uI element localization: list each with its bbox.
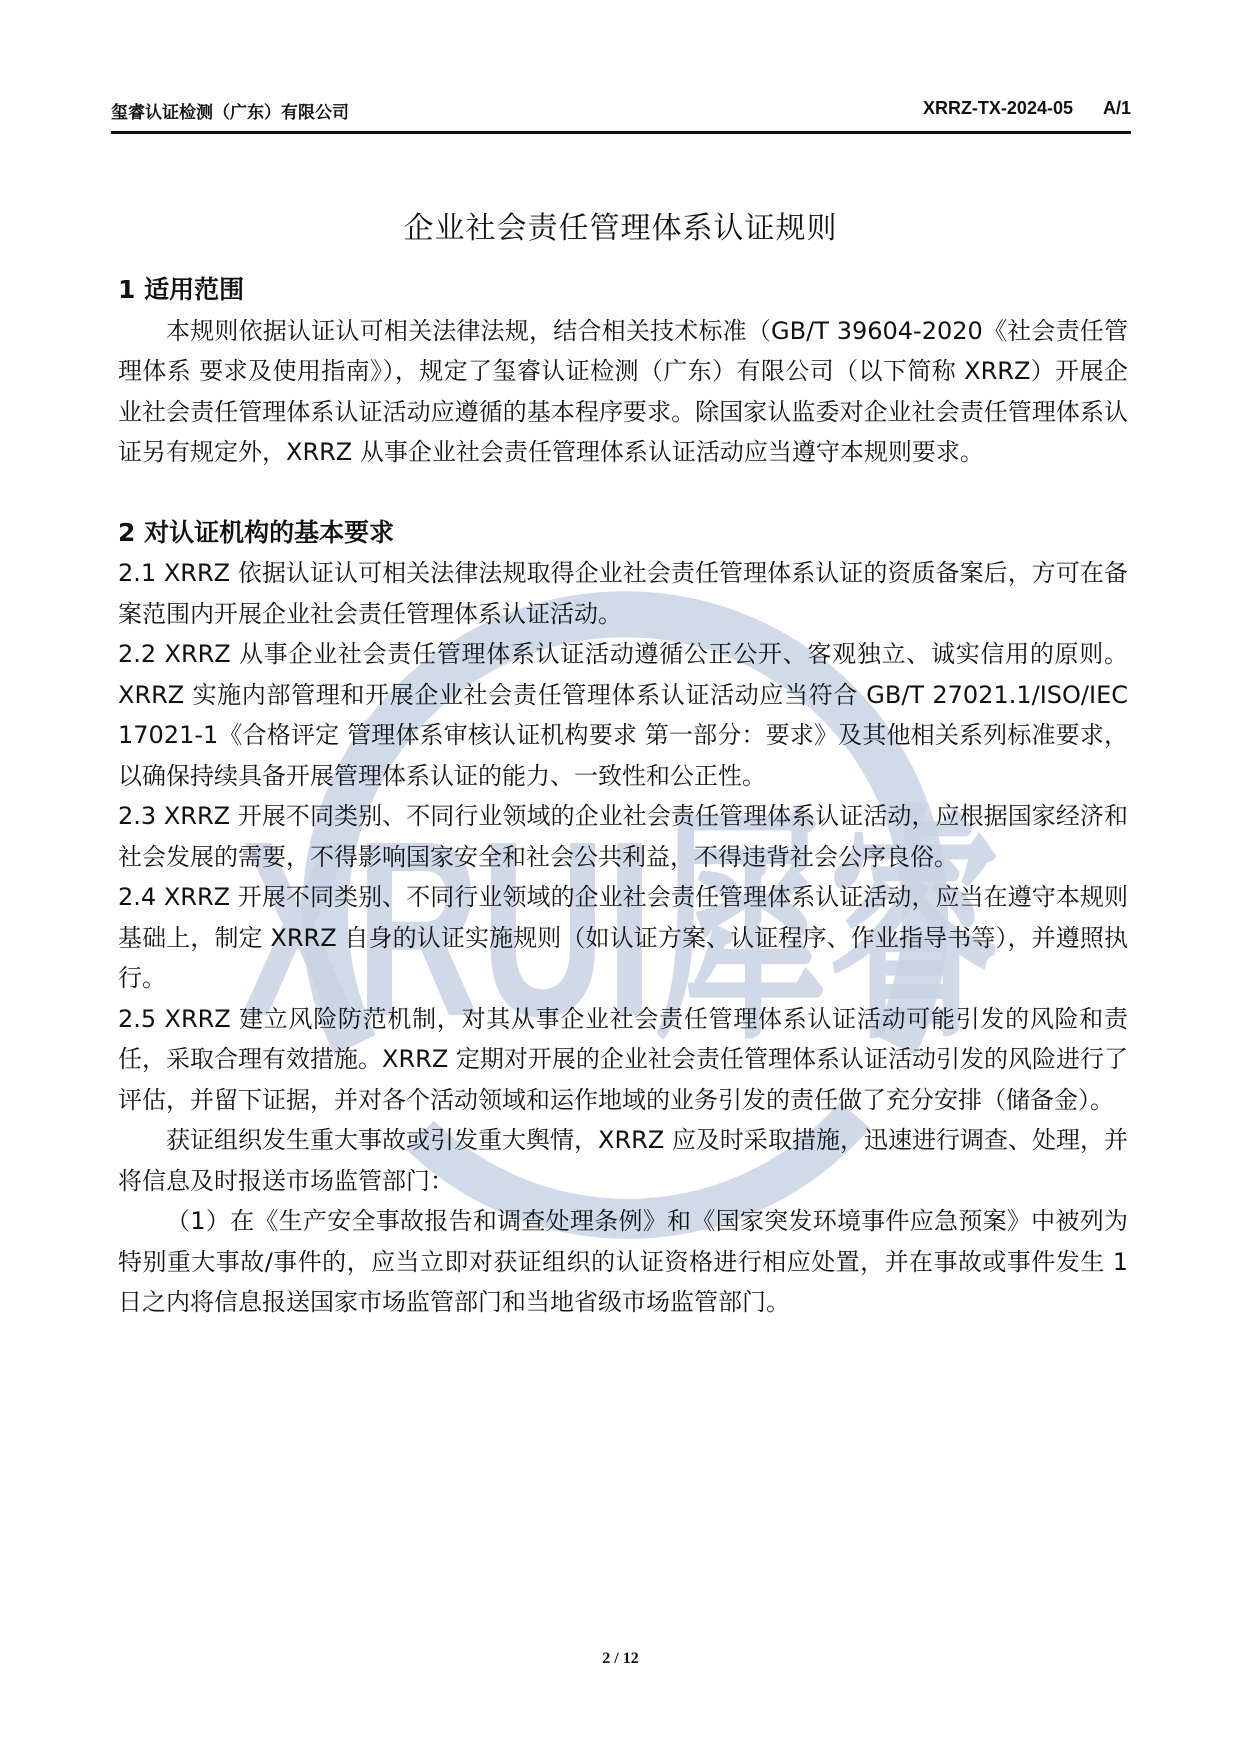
clause-2-1: 2.1 XRRZ 依据认证认可相关法律法规取得企业社会责任管理体系认证的资质备案… — [118, 553, 1128, 634]
header-divider — [111, 131, 1131, 134]
document-page: XRUI犀睿 玺睿认证检测（广东）有限公司 XRRZ-TX-2024-05A/1… — [0, 0, 1241, 1754]
document-title: 企业社会责任管理体系认证规则 — [0, 203, 1241, 247]
clause-2-5-followup: 获证组织发生重大事故或引发重大舆情，XRRZ 应及时采取措施，迅速进行调查、处理… — [118, 1120, 1128, 1201]
section-heading-2: 2 对认证机构的基本要求 — [118, 513, 1128, 554]
page-header: 玺睿认证检测（广东）有限公司 XRRZ-TX-2024-05A/1 — [111, 98, 1131, 126]
section-1-paragraph: 本规则依据认证认可相关法律法规，结合相关技术标准（GB/T 39604-2020… — [118, 311, 1128, 473]
revision: A/1 — [1103, 98, 1131, 118]
section-heading-1: 1 适用范围 — [118, 270, 1128, 311]
clause-2-5-list-item-1: （1）在《生产安全事故报告和调查处理条例》和《国家突发环境事件应急预案》中被列为… — [118, 1201, 1128, 1323]
clause-2-5: 2.5 XRRZ 建立风险防范机制，对其从事企业社会责任管理体系认证活动可能引发… — [118, 999, 1128, 1121]
doc-code-block: XRRZ-TX-2024-05A/1 — [923, 98, 1131, 119]
document-body: 1 适用范围 本规则依据认证认可相关法律法规，结合相关技术标准（GB/T 396… — [118, 270, 1128, 1323]
clause-2-3: 2.3 XRRZ 开展不同类别、不同行业领域的企业社会责任管理体系认证活动，应根… — [118, 796, 1128, 877]
clause-2-2: 2.2 XRRZ 从事企业社会责任管理体系认证活动遵循公正公开、客观独立、诚实信… — [118, 634, 1128, 796]
doc-code: XRRZ-TX-2024-05 — [923, 98, 1073, 118]
clause-2-4: 2.4 XRRZ 开展不同类别、不同行业领域的企业社会责任管理体系认证活动，应当… — [118, 877, 1128, 999]
page-number: 2 / 12 — [0, 1650, 1241, 1668]
company-name: 玺睿认证检测（广东）有限公司 — [111, 98, 349, 123]
